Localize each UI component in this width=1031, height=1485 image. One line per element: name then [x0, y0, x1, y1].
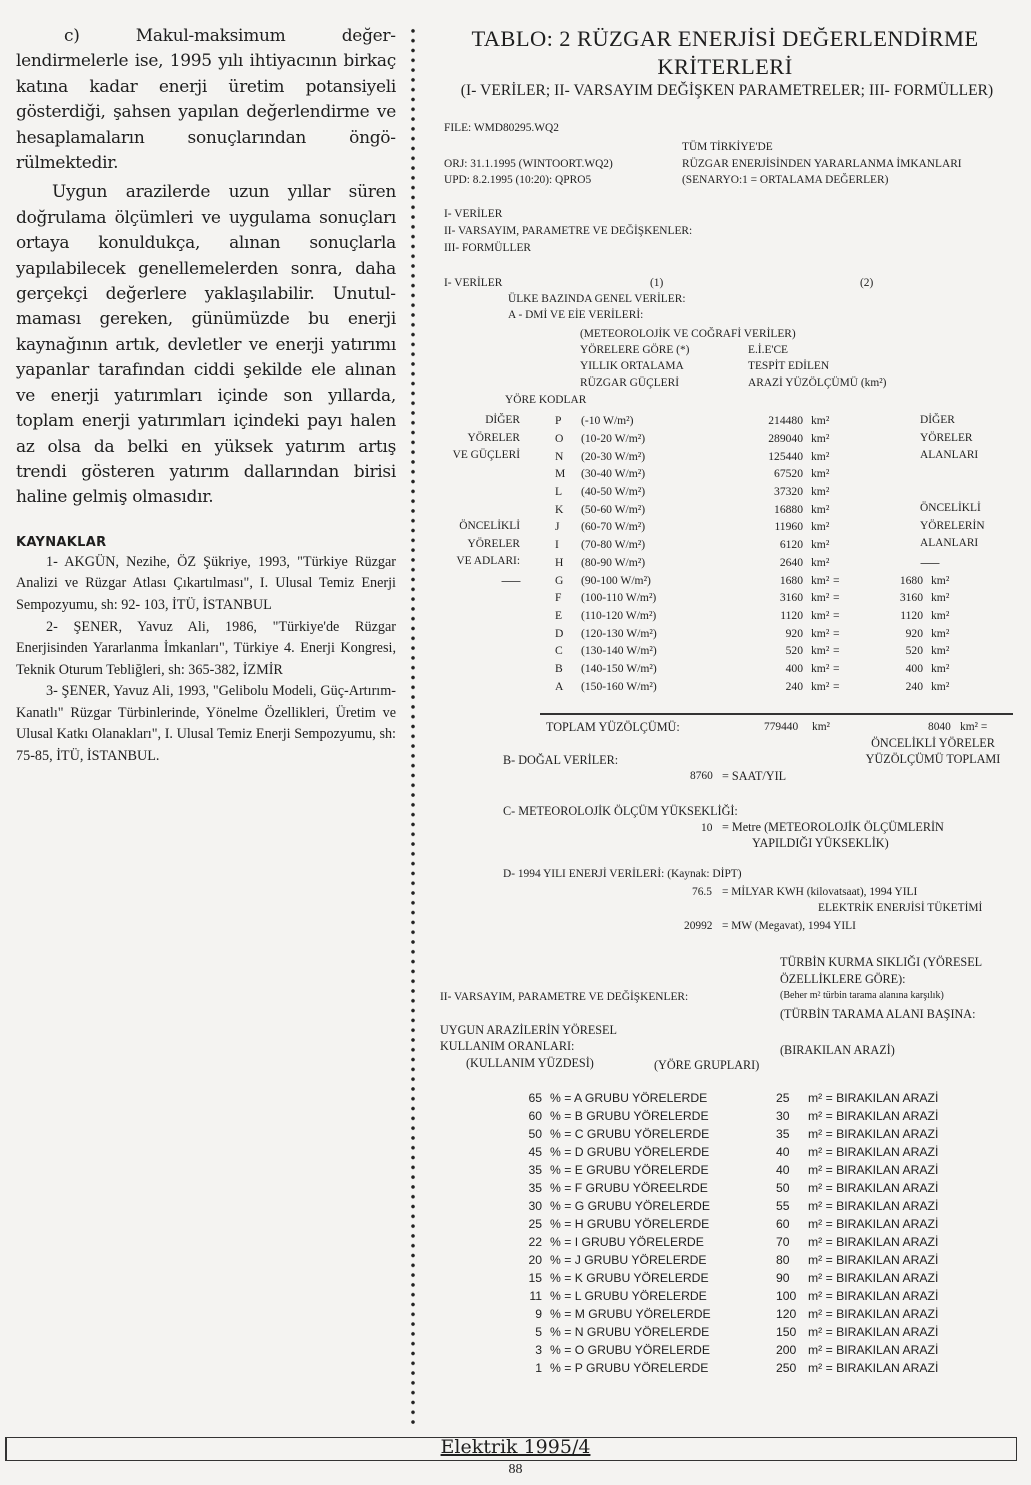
zone-area-unit: km²	[803, 642, 831, 660]
usage-groups-table: 65% = A GRUBU YÖRELERDE25m² = BIRAKILAN …	[520, 1089, 938, 1377]
total-rule	[540, 713, 1013, 715]
usage-percent: 22	[520, 1233, 550, 1251]
body-paragraph: Uygun arazilerde uzun yıllar süren doğru…	[16, 180, 396, 510]
left-land-label: m² = BIRAKILAN ARAZİ	[804, 1359, 938, 1377]
meteo-note: (METEOROLOJİK VE COĞRAFİ VERİLER)	[580, 326, 796, 344]
left-land-m2: 200	[776, 1341, 804, 1359]
group-label: % = P GRUBU YÖRELERDE	[550, 1359, 776, 1377]
priority-area-unit	[923, 412, 951, 430]
zone-area-unit: km²	[803, 447, 831, 465]
zone-equals	[831, 430, 863, 448]
left-land-label: m² = BIRAKILAN ARAZİ	[804, 1269, 938, 1287]
zone-power-range: (150-160 W/m²)	[581, 677, 761, 695]
zone-power-range: (60-70 W/m²)	[581, 518, 761, 536]
zone-area: 6120	[761, 536, 803, 554]
file-name: FILE: WMD80295.WQ2	[444, 120, 559, 138]
priority-area	[863, 412, 923, 430]
zone-row: J(60-70 W/m²)11960km²	[555, 518, 951, 536]
height-value: 10	[701, 820, 712, 838]
zone-area-unit: km²	[803, 465, 831, 483]
zone-row: I(70-80 W/m²)6120km²	[555, 536, 951, 554]
usage-group-row: 50% = C GRUBU YÖRELERDE35m² = BIRAKILAN …	[520, 1125, 938, 1143]
header-right: ARAZİ YÜZÖLÇÜMÜ (km²)	[748, 375, 886, 393]
zone-code: E	[555, 607, 581, 625]
original-date: ORJ: 31.1.1995 (WINTOORT.WQ2)	[444, 156, 613, 174]
left-land-m2: 90	[776, 1269, 804, 1287]
capacity-desc: = MW (Megavat), 1994 YILI	[722, 918, 856, 936]
hours-value: 8760	[690, 768, 713, 786]
zone-power-range: (50-60 W/m²)	[581, 500, 761, 518]
zone-area: 520	[761, 642, 803, 660]
priority-area-unit	[923, 536, 951, 554]
group-label: % = F GRUBU YÖREELRDE	[550, 1179, 776, 1197]
usage-pct-label: (KULLANIM YÜZDESİ)	[466, 1054, 594, 1072]
hours-unit: = SAAT/YIL	[722, 767, 786, 785]
left-land-m2: 40	[776, 1143, 804, 1161]
priority-area-unit	[923, 430, 951, 448]
consumption-value: 76.5	[692, 884, 712, 902]
zone-code: P	[555, 412, 581, 430]
left-land-m2: 120	[776, 1305, 804, 1323]
column-divider	[410, 26, 416, 1426]
zone-equals: =	[831, 624, 863, 642]
group-label: % = L GRUBU YÖRELERDE	[550, 1287, 776, 1305]
priority-total-unit: km² =	[960, 719, 987, 737]
left-land-m2: 50	[776, 1179, 804, 1197]
zone-power-range: (40-50 W/m²)	[581, 483, 761, 501]
left-land-label: m² = BIRAKILAN ARAZİ	[804, 1305, 938, 1323]
priority-area: 3160	[863, 589, 923, 607]
measurement-height-heading: C- METEOROLOJİK ÖLÇÜM YÜKSEKLİĞİ:	[503, 802, 738, 820]
zone-code: I	[555, 536, 581, 554]
zone-power-range: (30-40 W/m²)	[581, 465, 761, 483]
zone-power-range: (140-150 W/m²)	[581, 660, 761, 678]
usage-group-row: 35% = E GRUBU YÖRELERDE40m² = BIRAKILAN …	[520, 1161, 938, 1179]
priority-area: 1680	[863, 571, 923, 589]
group-label: % = H GRUBU YÖRELERDE	[550, 1215, 776, 1233]
group-label: % = I GRUBU YÖRELERDE	[550, 1233, 776, 1251]
priority-area-unit: km²	[923, 571, 951, 589]
reference-item: 3- ŞENER, Yavuz Ali, 1993, "Gelibolu Mod…	[16, 681, 396, 767]
zone-area: 1680	[761, 571, 803, 589]
left-land-m2: 35	[776, 1125, 804, 1143]
zone-code: N	[555, 447, 581, 465]
usage-percent: 35	[520, 1161, 550, 1179]
group-label: % = B GRUBU YÖRELERDE	[550, 1107, 776, 1125]
left-land-m2: 55	[776, 1197, 804, 1215]
turbine-density-heading: TÜRBİN KURMA SIKLIĞI (YÖRESEL ÖZELLİKLER…	[780, 954, 982, 988]
left-land-m2: 60	[776, 1215, 804, 1233]
priority-area	[863, 483, 923, 501]
page-number: 88	[0, 1462, 1031, 1478]
zone-row: P(-10 W/m²)214480km²	[555, 412, 951, 430]
usage-group-row: 9% = M GRUBU YÖRELERDE120m² = BIRAKILAN …	[520, 1305, 938, 1323]
usage-percent: 60	[520, 1107, 550, 1125]
zone-power-range: (-10 W/m²)	[581, 412, 761, 430]
zone-row: A(150-160 W/m²)240km²=240km²	[555, 677, 951, 695]
sub-a-heading: A - DMİ VE EİE VERİLERİ:	[508, 307, 643, 325]
group-label: % = N GRUBU YÖRELERDE	[550, 1323, 776, 1341]
zone-equals: =	[831, 642, 863, 660]
usage-percent: 1	[520, 1359, 550, 1377]
usage-group-row: 3% = O GRUBU YÖRELERDE200m² = BIRAKILAN …	[520, 1341, 938, 1359]
zone-equals	[831, 412, 863, 430]
zone-power-range: (10-20 W/m²)	[581, 430, 761, 448]
other-zones-label: DİĞER YÖRELER VE GÜÇLERİ	[430, 412, 520, 465]
zone-area: 240	[761, 677, 803, 695]
left-land-label: m² = BIRAKILAN ARAZİ	[804, 1161, 938, 1179]
scope-line: TÜM TİRKİYE'DE	[682, 139, 773, 157]
zone-area-unit: km²	[803, 430, 831, 448]
priority-area	[863, 430, 923, 448]
zone-code: B	[555, 660, 581, 678]
groups-label: (YÖRE GRUPLARI)	[654, 1056, 759, 1074]
usage-percent: 20	[520, 1251, 550, 1269]
left-column: c) Makul-maksimum değer­lendirmelerle is…	[16, 24, 396, 768]
priority-area-unit	[923, 554, 951, 572]
zone-area: 67520	[761, 465, 803, 483]
priority-area: 240	[863, 677, 923, 695]
body-paragraph: c) Makul-maksimum değer­lendirmelerle is…	[16, 24, 396, 176]
zone-code: G	[555, 571, 581, 589]
zone-row: F(100-110 W/m²)3160km²=3160km²	[555, 589, 951, 607]
usage-percent: 5	[520, 1323, 550, 1341]
zone-row: N(20-30 W/m²)125440km²	[555, 447, 951, 465]
total-area-label: TOPLAM YÜZÖLÇÜMÜ:	[546, 718, 680, 736]
zone-code: A	[555, 677, 581, 695]
left-land-m2: 80	[776, 1251, 804, 1269]
zone-row: C(130-140 W/m²)520km²=520km²	[555, 642, 951, 660]
zone-power-range: (80-90 W/m²)	[581, 554, 761, 572]
zone-area: 1120	[761, 607, 803, 625]
left-land-m2: 150	[776, 1323, 804, 1341]
group-label: % = G GRUBU YÖRELERDE	[550, 1197, 776, 1215]
left-land-label: (BIRAKILAN ARAZİ)	[780, 1041, 895, 1059]
general-data-heading: ÜLKE BAZINDA GENEL VERİLER:	[508, 291, 685, 309]
usage-percent: 11	[520, 1287, 550, 1305]
usage-group-row: 5% = N GRUBU YÖRELERDE150m² = BIRAKILAN …	[520, 1323, 938, 1341]
left-land-label: m² = BIRAKILAN ARAZİ	[804, 1143, 938, 1161]
section2-heading: II- VARSAYIM, PARAMETRE VE DEĞİŞKENLER:	[440, 989, 688, 1007]
reference-item: 2- ŞENER, Yavuz Ali, 1986, "Türkiye'de R…	[16, 617, 396, 682]
usage-percent: 35	[520, 1179, 550, 1197]
group-label: % = E GRUBU YÖRELERDE	[550, 1161, 776, 1179]
usage-group-row: 1% = P GRUBU YÖRELERDE250m² = BIRAKILAN …	[520, 1359, 938, 1377]
priority-area-unit	[923, 447, 951, 465]
zone-area: 214480	[761, 412, 803, 430]
left-land-label: m² = BIRAKILAN ARAZİ	[804, 1341, 938, 1359]
zone-code: D	[555, 624, 581, 642]
zone-area-unit: km²	[803, 571, 831, 589]
zone-equals	[831, 500, 863, 518]
usage-group-row: 30% = G GRUBU YÖRELERDE55m² = BIRAKILAN …	[520, 1197, 938, 1215]
zone-area: 400	[761, 660, 803, 678]
zone-area: 37320	[761, 483, 803, 501]
table-title: TABLO: 2 RÜZGAR ENERJİSİ DEĞERLENDİRME K…	[430, 25, 1020, 81]
zone-area-unit: km²	[803, 660, 831, 678]
zone-row: M(30-40 W/m²)67520km²	[555, 465, 951, 483]
section1-heading: I- VERİLER	[444, 275, 502, 293]
total-area-unit: km²	[812, 719, 830, 737]
header-left: YILLIK ORTALAMA	[580, 358, 684, 376]
zone-row: G(90-100 W/m²)1680km²=1680km²	[555, 571, 951, 589]
zone-equals: =	[831, 677, 863, 695]
zone-area-unit: km²	[803, 412, 831, 430]
usage-percent: 30	[520, 1197, 550, 1215]
scope-line: (SENARYO:1 = ORTALAMA DEĞERLER)	[682, 172, 888, 190]
zone-code: M	[555, 465, 581, 483]
group-label: % = A GRUBU YÖRELERDE	[550, 1089, 776, 1107]
zone-area-unit: km²	[803, 554, 831, 572]
left-land-m2: 25	[776, 1089, 804, 1107]
zone-area: 16880	[761, 500, 803, 518]
zone-equals	[831, 518, 863, 536]
zone-code: K	[555, 500, 581, 518]
usage-percent: 25	[520, 1215, 550, 1233]
scope-line: RÜZGAR ENERJİSİNDEN YARARLANMA İMKANLARI	[682, 156, 962, 174]
usage-group-row: 15% = K GRUBU YÖRELERDE90m² = BIRAKILAN …	[520, 1269, 938, 1287]
left-land-label: m² = BIRAKILAN ARAZİ	[804, 1215, 938, 1233]
zone-code: J	[555, 518, 581, 536]
zone-equals	[831, 465, 863, 483]
per-area-label: (TÜRBİN TARAMA ALANI BAŞINA:	[780, 1005, 976, 1023]
energy-data-heading: D- 1994 YILI ENERJİ VERİLERİ: (Kaynak: D…	[503, 866, 742, 884]
outline-item: II- VARSAYIM, PARAMETRE VE DEĞİŞKENLER:	[444, 223, 692, 241]
priority-area	[863, 447, 923, 465]
usage-percent: 45	[520, 1143, 550, 1161]
zone-area-unit: km²	[803, 518, 831, 536]
zone-equals	[831, 447, 863, 465]
zone-row: O(10-20 W/m²)289040km²	[555, 430, 951, 448]
group-label: % = J GRUBU YÖRELERDE	[550, 1251, 776, 1269]
column-mark-1: (1)	[650, 275, 663, 293]
usage-group-row: 11% = L GRUBU YÖRELERDE100m² = BIRAKILAN…	[520, 1287, 938, 1305]
zone-area: 289040	[761, 430, 803, 448]
header-right: TESPİT EDİLEN	[748, 358, 829, 376]
zone-power-range: (130-140 W/m²)	[581, 642, 761, 660]
left-land-label: m² = BIRAKILAN ARAZİ	[804, 1107, 938, 1125]
header-left: RÜZGAR GÜÇLERİ	[580, 375, 679, 393]
priority-total-label: ÖNCELİKLİ YÖRELER YÜZÖLÇÜMÜ TOPLAMI	[858, 735, 1008, 767]
group-label: % = O GRUBU YÖRELERDE	[550, 1341, 776, 1359]
zone-row: E(110-120 W/m²)1120km²=1120km²	[555, 607, 951, 625]
journal-footer: Elektrik 1995/4	[0, 1436, 1031, 1458]
paragraph-text: Uygun arazilerde uzun yıllar süren doğru…	[16, 182, 396, 507]
zone-area: 2640	[761, 554, 803, 572]
consumption-desc: = MİLYAR KWH (kilovatsaat), 1994 YILI EL…	[722, 884, 982, 916]
paragraph-text: c) Makul-maksimum değer­lendirmelerle is…	[16, 26, 396, 173]
total-area-value: 779440	[764, 719, 798, 737]
priority-total-value: 8040	[928, 719, 951, 737]
left-land-label: m² = BIRAKILAN ARAZİ	[804, 1251, 938, 1269]
usage-percent: 15	[520, 1269, 550, 1287]
priority-area-unit: km²	[923, 660, 951, 678]
left-land-label: m² = BIRAKILAN ARAZİ	[804, 1125, 938, 1143]
left-land-m2: 40	[776, 1161, 804, 1179]
zone-power-range: (20-30 W/m²)	[581, 447, 761, 465]
zone-power-range: (70-80 W/m²)	[581, 536, 761, 554]
priority-area: 920	[863, 624, 923, 642]
zone-code: L	[555, 483, 581, 501]
zone-area-unit: km²	[803, 589, 831, 607]
priority-area-unit: km²	[923, 607, 951, 625]
priority-area-unit	[923, 465, 951, 483]
usage-group-row: 45% = D GRUBU YÖRELERDE40m² = BIRAKILAN …	[520, 1143, 938, 1161]
zone-area-unit: km²	[803, 500, 831, 518]
left-land-m2: 70	[776, 1233, 804, 1251]
priority-area-unit: km²	[923, 642, 951, 660]
zone-code: C	[555, 642, 581, 660]
header-right: E.İ.E'CE	[748, 342, 788, 360]
zone-area-unit: km²	[803, 624, 831, 642]
zone-power-range: (100-110 W/m²)	[581, 589, 761, 607]
usage-group-row: 65% = A GRUBU YÖRELERDE25m² = BIRAKILAN …	[520, 1089, 938, 1107]
zone-equals	[831, 554, 863, 572]
table-subtitle: (I- VERİLER; II- VARSAYIM DEĞİŞKEN PARAM…	[432, 82, 1022, 100]
priority-area	[863, 554, 923, 572]
zone-equals	[831, 483, 863, 501]
zone-codes-label: YÖRE KODLAR	[505, 392, 586, 410]
zone-area-unit: km²	[803, 483, 831, 501]
zone-equals: =	[831, 589, 863, 607]
usage-percent: 50	[520, 1125, 550, 1143]
zone-power-range: (90-100 W/m²)	[581, 571, 761, 589]
priority-area-unit: km²	[923, 624, 951, 642]
priority-area	[863, 536, 923, 554]
zone-row: K(50-60 W/m²)16880km²	[555, 500, 951, 518]
left-land-label: m² = BIRAKILAN ARAZİ	[804, 1323, 938, 1341]
priority-area: 1120	[863, 607, 923, 625]
capacity-value: 20992	[684, 918, 712, 936]
group-label: % = K GRUBU YÖRELERDE	[550, 1269, 776, 1287]
usage-percent: 65	[520, 1089, 550, 1107]
usage-percent: 9	[520, 1305, 550, 1323]
zone-power-range: (120-130 W/m²)	[581, 624, 761, 642]
left-land-label: m² = BIRAKILAN ARAZİ	[804, 1179, 938, 1197]
zone-row: L(40-50 W/m²)37320km²	[555, 483, 951, 501]
height-desc: = Metre (METEOROLOJİK ÖLÇÜMLERİN YAPILDI…	[722, 819, 944, 851]
priority-zones-label: ÖNCELİKLİ YÖRELER VE ADLARI: ...........…	[430, 518, 520, 589]
wind-zones-table: P(-10 W/m²)214480km²O(10-20 W/m²)289040k…	[555, 412, 951, 695]
outline-item: III- FORMÜLLER	[444, 240, 531, 258]
zone-row: D(120-130 W/m²)920km²=920km²	[555, 624, 951, 642]
zone-code: O	[555, 430, 581, 448]
zone-equals	[831, 536, 863, 554]
usage-heading: UYGUN ARAZİLERİN YÖRESEL KULLANIM ORANLA…	[440, 1022, 617, 1054]
zone-area: 920	[761, 624, 803, 642]
left-land-m2: 250	[776, 1359, 804, 1377]
group-label: % = C GRUBU YÖRELERDE	[550, 1125, 776, 1143]
left-land-label: m² = BIRAKILAN ARAZİ	[804, 1233, 938, 1251]
outline-item: I- VERİLER	[444, 206, 502, 224]
left-land-m2: 100	[776, 1287, 804, 1305]
priority-area	[863, 518, 923, 536]
priority-area: 400	[863, 660, 923, 678]
per-m2-note: (Beher m² türbin tarama alanına karşılık…	[780, 990, 944, 1001]
zone-area-unit: km²	[803, 536, 831, 554]
zone-area: 11960	[761, 518, 803, 536]
zone-code: H	[555, 554, 581, 572]
left-land-label: m² = BIRAKILAN ARAZİ	[804, 1287, 938, 1305]
references-heading: KAYNAKLAR	[16, 535, 396, 550]
left-land-m2: 30	[776, 1107, 804, 1125]
usage-group-row: 20% = J GRUBU YÖRELERDE80m² = BIRAKILAN …	[520, 1251, 938, 1269]
natural-data-heading: B- DOĞAL VERİLER:	[503, 751, 618, 769]
update-date: UPD: 8.2.1995 (10:20): QPRO5	[444, 172, 591, 190]
usage-group-row: 60% = B GRUBU YÖRELERDE30m² = BIRAKILAN …	[520, 1107, 938, 1125]
priority-area-unit: km²	[923, 589, 951, 607]
priority-area: 520	[863, 642, 923, 660]
usage-group-row: 35% = F GRUBU YÖREELRDE50m² = BIRAKILAN …	[520, 1179, 938, 1197]
priority-area-unit: km²	[923, 677, 951, 695]
zone-equals: =	[831, 607, 863, 625]
group-label: % = D GRUBU YÖRELERDE	[550, 1143, 776, 1161]
zone-power-range: (110-120 W/m²)	[581, 607, 761, 625]
left-land-label: m² = BIRAKILAN ARAZİ	[804, 1197, 938, 1215]
usage-group-row: 25% = H GRUBU YÖRELERDE60m² = BIRAKILAN …	[520, 1215, 938, 1233]
zone-row: B(140-150 W/m²)400km²=400km²	[555, 660, 951, 678]
priority-area-unit	[923, 483, 951, 501]
usage-percent: 3	[520, 1341, 550, 1359]
zone-equals: =	[831, 571, 863, 589]
usage-group-row: 22% = I GRUBU YÖRELERDE70m² = BIRAKILAN …	[520, 1233, 938, 1251]
priority-area	[863, 465, 923, 483]
zone-area: 3160	[761, 589, 803, 607]
priority-area-unit	[923, 518, 951, 536]
left-land-label: m² = BIRAKILAN ARAZİ	[804, 1089, 938, 1107]
reference-item: 1- AKGÜN, Nezihe, ÖZ Şükriye, 1993, "Tür…	[16, 552, 396, 617]
priority-area	[863, 500, 923, 518]
zone-area-unit: km²	[803, 607, 831, 625]
zone-code: F	[555, 589, 581, 607]
zone-area: 125440	[761, 447, 803, 465]
zone-equals: =	[831, 660, 863, 678]
zone-area-unit: km²	[803, 677, 831, 695]
priority-area-unit	[923, 500, 951, 518]
header-left: YÖRELERE GÖRE (*)	[580, 342, 689, 360]
column-mark-2: (2)	[860, 275, 873, 293]
group-label: % = M GRUBU YÖRELERDE	[550, 1305, 776, 1323]
zone-row: H(80-90 W/m²)2640km²	[555, 554, 951, 572]
